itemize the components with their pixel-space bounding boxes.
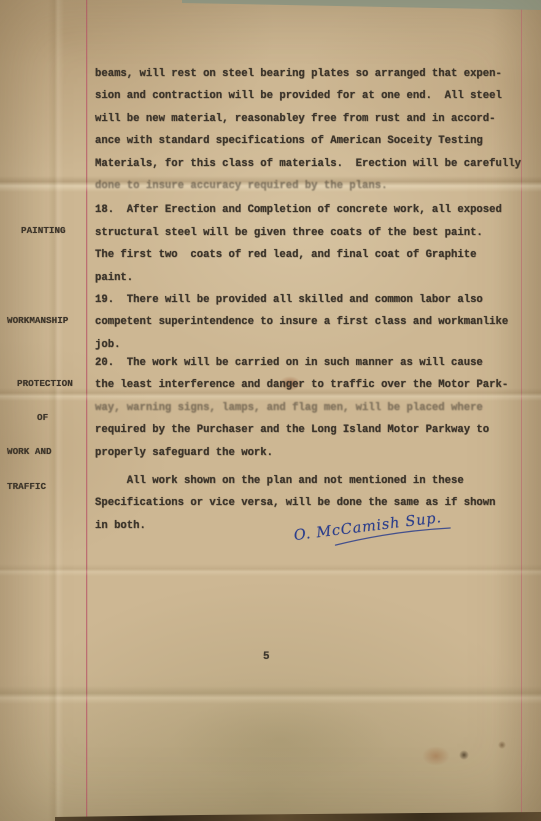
document-line: sion and contraction will be provided fo… — [95, 85, 519, 107]
paper-page: beams, will rest on steel bearing plates… — [0, 0, 541, 821]
paragraph-workmanship: WORKMANSHIP 19. There will be provided a… — [95, 289, 519, 356]
document-line: will be new material, reasonabley free f… — [95, 108, 519, 130]
discoloration — [170, 695, 390, 785]
document-line: All work shown on the plan and not menti… — [95, 470, 519, 492]
document-line: paint. — [95, 267, 519, 289]
side-label-text: TRAFFIC — [7, 481, 93, 492]
page-number: 5 — [263, 651, 270, 663]
paragraph-protection: PROTECTION OF WORK AND TRAFFIC 20. The w… — [95, 352, 519, 464]
document-line: done to insure accuracy required by the … — [95, 175, 519, 197]
side-label-workmanship: WORKMANSHIP — [7, 292, 93, 349]
paragraph-continuation: beams, will rest on steel bearing plates… — [95, 63, 519, 197]
document-line: way, warning signs, lamps, and flag men,… — [95, 397, 519, 419]
paragraph-closing: All work shown on the plan and not menti… — [95, 470, 519, 537]
document-line: Materials, for this class of materials. … — [95, 153, 519, 175]
margin-rule-right — [521, 0, 522, 821]
ink-spot — [498, 741, 506, 749]
side-label-protection: PROTECTION OF WORK AND TRAFFIC — [7, 355, 93, 515]
document-line: Specifications or vice versa, will be do… — [95, 492, 519, 514]
document-line: the least interference and danger to tra… — [95, 374, 519, 396]
document-line: in both. — [95, 515, 519, 537]
document-line: required by the Purchaser and the Long I… — [95, 419, 519, 441]
document-line: 20. The work will be carried on in such … — [95, 352, 519, 374]
document-line: 18. After Erection and Completion of con… — [95, 199, 519, 221]
side-label-text: PAINTING — [7, 225, 93, 236]
document-line: properly safeguard the work. — [95, 442, 519, 464]
side-label-text: OF — [7, 412, 93, 423]
side-label-text: WORKMANSHIP — [7, 315, 93, 326]
document-line: structural steel will be given three coa… — [95, 222, 519, 244]
document-photo: beams, will rest on steel bearing plates… — [0, 0, 541, 821]
document-line: ance with standard specifications of Ame… — [95, 130, 519, 152]
fold-crease — [0, 564, 541, 576]
ink-spot — [459, 750, 469, 760]
document-line: The first two coats of red lead, and fin… — [95, 244, 519, 266]
fold-crease — [0, 686, 541, 704]
document-body: beams, will rest on steel bearing plates… — [95, 63, 519, 537]
side-label-text: WORK AND — [7, 446, 93, 457]
backdrop-edge-bottom — [0, 812, 541, 821]
document-line: beams, will rest on steel bearing plates… — [95, 63, 519, 85]
backdrop-edge-top — [0, 0, 541, 12]
rust-stain — [422, 746, 450, 766]
document-line: competent superintendence to insure a fi… — [95, 311, 519, 333]
paragraph-painting: PAINTING 18. After Erection and Completi… — [95, 199, 519, 289]
side-label-painting: PAINTING — [7, 202, 93, 259]
side-label-text: PROTECTION — [7, 378, 93, 389]
document-line: 19. There will be provided all skilled a… — [95, 289, 519, 311]
